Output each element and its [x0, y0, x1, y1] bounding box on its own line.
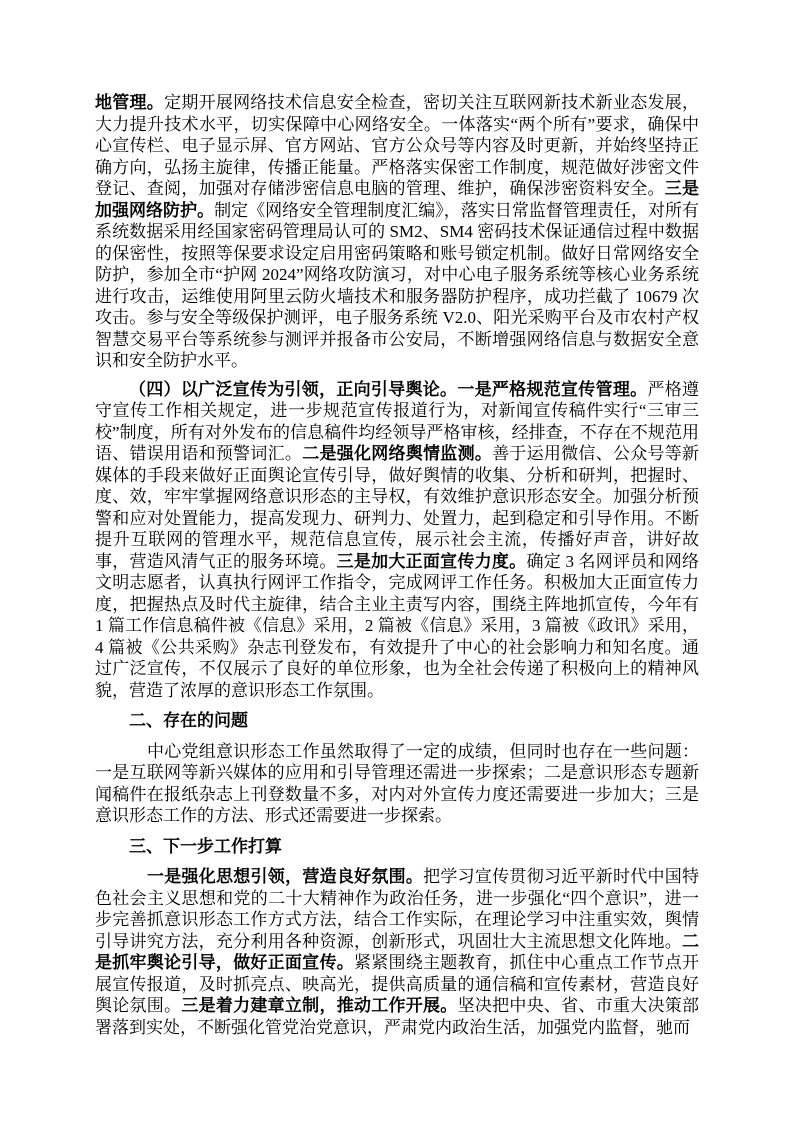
- bold-text-run: 一是强化思想引领，营造良好氛围。: [147, 867, 423, 886]
- bold-text-run: 三是着力建章立制，推动工作开展。: [181, 996, 457, 1015]
- bold-text-run: 地管理。: [95, 93, 164, 112]
- text-run: 制定《网络安全管理制度汇编》，落实日常监督管理责任，对所有系统数据采用经国家密码…: [95, 201, 699, 371]
- paragraph-existing-problems: 中心党组意识形态工作虽然取得了一定的成绩，但同时也存在一些问题：一是互联网等新兴…: [95, 741, 699, 827]
- text-run: 中心党组意识形态工作虽然取得了一定的成绩，但同时也存在一些问题：一是互联网等新兴…: [95, 742, 699, 826]
- heading-existing-problems: 二、存在的问题: [95, 710, 699, 732]
- text-run: 确定 3 名网评员和网络文明志愿者，认真执行网评工作指令，完成网评工作任务。积极…: [95, 552, 699, 700]
- bold-text-run: 三、下一步工作打算: [129, 837, 282, 856]
- heading-next-work-plan: 三、下一步工作打算: [95, 836, 699, 858]
- bold-text-run: 三是加大正面宣传力度。: [337, 552, 527, 571]
- document-body: 地管理。定期开展网络技术信息安全检查，密切关注互联网新技术新业态发展，大力提升技…: [95, 92, 699, 1045]
- paragraph-publicity-guidance: （四）以广泛宣传为引领，正向引导舆论。一是严格规范宣传管理。严格遵守宣传工作相关…: [95, 379, 699, 702]
- bold-text-run: 二是强化网络舆情监测。: [302, 444, 492, 463]
- bold-text-run: （四）以广泛宣传为引领，正向引导舆论。一是严格规范宣传管理。: [129, 380, 647, 399]
- paragraph-next-work-plan: 一是强化思想引领，营造良好氛围。把学习宣传贯彻习近平新时代中国特色社会主义思想和…: [95, 866, 699, 1038]
- document-page: 地管理。定期开展网络技术信息安全检查，密切关注互联网新技术新业态发展，大力提升技…: [0, 0, 793, 1122]
- bold-text-run: 二、存在的问题: [129, 711, 248, 730]
- text-run: 定期开展网络技术信息安全检查，密切关注互联网新技术新业态发展，大力提升技术水平，…: [95, 93, 699, 198]
- paragraph-network-security: 地管理。定期开展网络技术信息安全检查，密切关注互联网新技术新业态发展，大力提升技…: [95, 92, 699, 372]
